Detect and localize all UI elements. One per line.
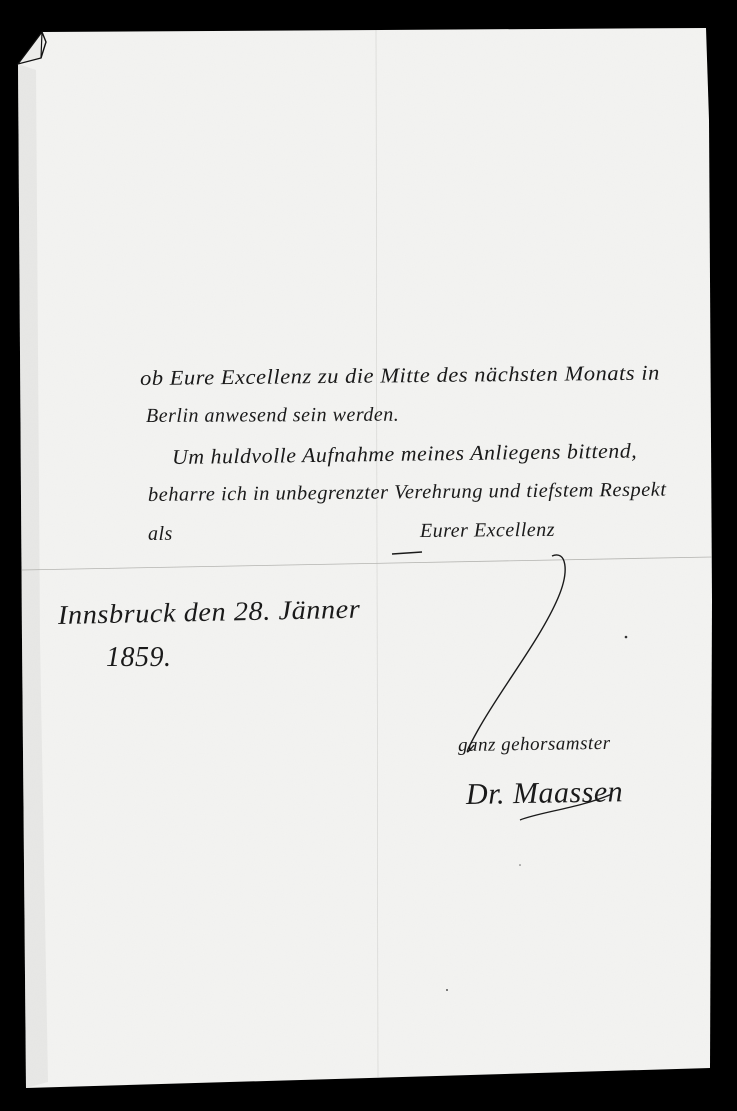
subscription-phrase: ganz gehorsamster <box>458 733 611 757</box>
scan-background <box>0 0 737 1111</box>
date-year: 1859. <box>106 642 172 674</box>
place-and-date: Innsbruck den 28. Jänner <box>58 594 361 631</box>
letter-closing-salutation: Eurer Excellenz <box>420 519 555 543</box>
letter-body-line-5: als <box>148 523 173 546</box>
signature: Dr. Maassen <box>466 775 624 812</box>
letter-body-line-2: Berlin anwesend sein werden. <box>146 404 399 428</box>
paper-sheet <box>0 0 737 1111</box>
